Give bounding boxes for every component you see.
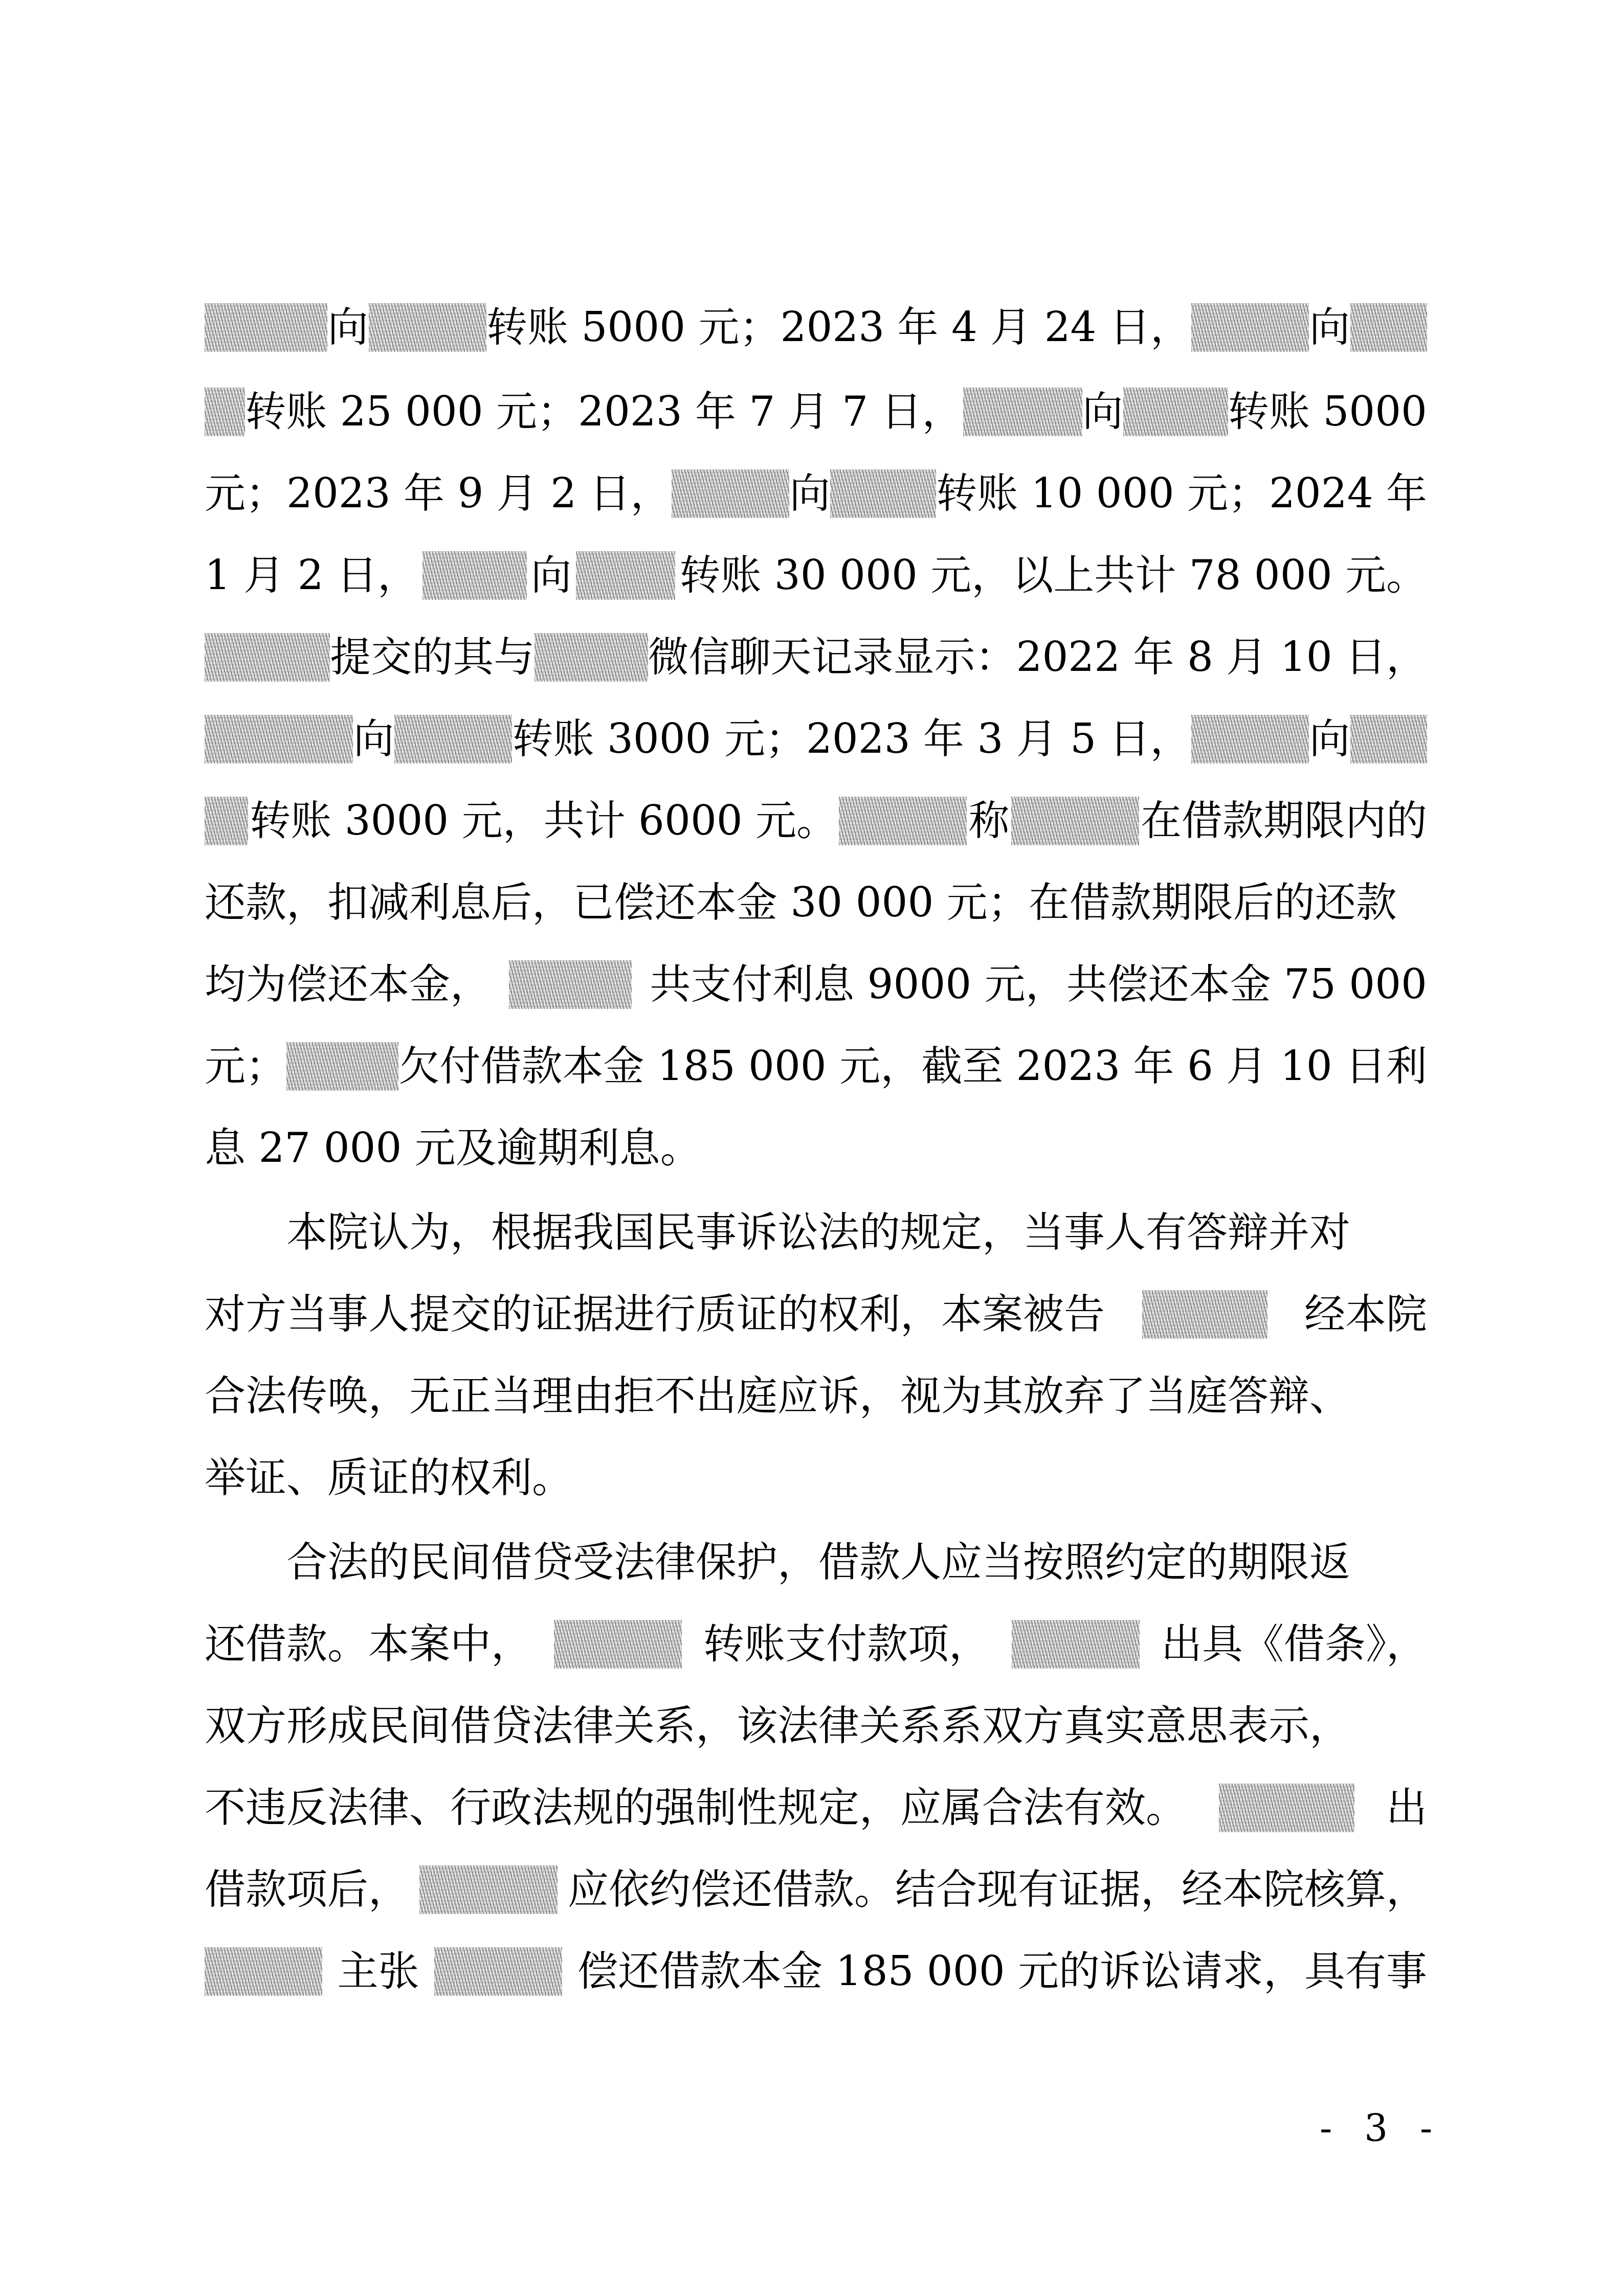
text-line: 息 27 000 元及逾期利息。	[205, 1112, 1427, 1184]
text-segment: 欠付借款本金 185 000 元，截至 2023 年 6 月 10 日利	[398, 1030, 1427, 1102]
redacted-name-block	[205, 388, 245, 436]
text-line: 元；欠付借款本金 185 000 元，截至 2023 年 6 月 10 日利	[205, 1030, 1427, 1102]
text-line: 还款，扣减利息后，已偿还本金 30 000 元；在借款期限后的还款	[205, 867, 1427, 938]
text-segment: 还借款。本案中，	[205, 1608, 532, 1680]
text-segment: 向	[1309, 291, 1350, 363]
redacted-name-block	[205, 797, 248, 845]
text-segment: 向	[1309, 703, 1350, 775]
text-segment: 转账 10 000 元；2024 年	[936, 458, 1427, 529]
text-line: 均为偿还本金，共支付利息 9000 元，共偿还本金 75 000	[205, 949, 1427, 1020]
text-line: 1 月 2 日，向转账 30 000 元，以上共计 78 000 元。	[205, 539, 1427, 611]
redacted-name-block	[509, 960, 632, 1009]
redacted-name-block	[830, 469, 936, 518]
text-segment: 微信聊天记录显示：2022 年 8 月 10 日，	[648, 621, 1427, 693]
text-segment: 向	[1082, 376, 1123, 447]
redacted-name-block	[205, 715, 353, 763]
text-segment: 在借款期限内的	[1141, 785, 1427, 857]
text-line: 转账 3000 元，共计 6000 元。称在借款期限内的	[205, 785, 1427, 857]
text-line: 主张偿还借款本金 185 000 元的诉讼请求，具有事	[205, 1935, 1427, 2007]
text-segment: 本院认为，根据我国民事诉讼法的规定，当事人有答辩并对	[286, 1197, 1350, 1268]
redacted-name-block	[1191, 715, 1309, 763]
text-line: 双方形成民间借贷法律关系，该法律关系系双方真实意思表示，	[205, 1690, 1427, 1762]
redacted-name-block	[369, 303, 486, 352]
redacted-name-block	[1012, 1620, 1140, 1669]
text-segment: 称	[969, 785, 1010, 857]
text-segment: 转账 3000 元；2023 年 3 月 5 日，	[513, 703, 1191, 775]
text-segment: 转账 25 000 元；2023 年 7 月 7 日，	[245, 376, 963, 447]
text-line: 合法传唤，无正当理由拒不出庭应诉，视为其放弃了当庭答辩、	[205, 1360, 1427, 1432]
redacted-name-block	[554, 1620, 682, 1669]
text-line: 向转账 5000 元；2023 年 4 月 24 日，向	[205, 291, 1427, 363]
text-segment: 共支付利息 9000 元，共偿还本金 75 000	[650, 949, 1427, 1020]
text-line: 不违反法律、行政法规的强制性规定，应属合法有效。出	[205, 1772, 1427, 1843]
text-segment: 出	[1386, 1772, 1427, 1843]
text-segment: 双方形成民间借贷法律关系，该法律关系系双方真实意思表示，	[205, 1690, 1350, 1762]
text-line: 借款项后，应依约偿还借款。结合现有证据，经本院核算，	[205, 1854, 1427, 1925]
redacted-name-block	[419, 1865, 558, 1914]
text-segment: 合法传唤，无正当理由拒不出庭应诉，视为其放弃了当庭答辩、	[205, 1360, 1350, 1432]
redacted-name-block	[422, 551, 526, 600]
text-segment: 出具《借条》，	[1161, 1608, 1427, 1680]
text-segment: 提交的其与	[330, 621, 535, 693]
redacted-name-block	[205, 1947, 322, 1996]
redacted-name-block	[434, 1947, 562, 1996]
text-segment: 向	[531, 539, 572, 611]
text-segment: 元；	[205, 1030, 286, 1102]
text-line: 元；2023 年 9 月 2 日，向转账 10 000 元；2024 年	[205, 458, 1427, 529]
redacted-name-block	[1191, 303, 1309, 352]
redacted-name-block	[1123, 388, 1228, 436]
text-segment: 偿还借款本金 185 000 元的诉讼请求，具有事	[577, 1935, 1427, 2007]
redacted-name-block	[839, 797, 967, 845]
redacted-name-block	[1011, 797, 1139, 845]
text-segment: 转账 5000	[1228, 376, 1427, 447]
redacted-name-block	[1350, 303, 1427, 352]
text-segment: 向	[353, 703, 394, 775]
page-number: - 3 -	[1320, 2107, 1442, 2150]
redacted-name-block	[1142, 1290, 1267, 1339]
text-line: 合法的民间借贷受法律保护，借款人应当按照约定的期限返	[205, 1526, 1427, 1598]
text-line: 转账 25 000 元；2023 年 7 月 7 日，向转账 5000	[205, 376, 1427, 447]
text-segment: 向	[789, 458, 830, 529]
text-segment: 主张	[337, 1935, 419, 2007]
text-line: 提交的其与微信聊天记录显示：2022 年 8 月 10 日，	[205, 621, 1427, 693]
text-segment: 对方当事人提交的证据进行质证的权利，本案被告	[205, 1278, 1105, 1350]
text-segment: 向	[327, 291, 368, 363]
text-segment: 元；2023 年 9 月 2 日，	[205, 458, 672, 529]
text-segment: 借款项后，	[205, 1854, 409, 1925]
redacted-name-block	[394, 715, 512, 763]
redacted-name-block	[535, 633, 648, 682]
text-segment: 合法的民间借贷受法律保护，借款人应当按照约定的期限返	[286, 1526, 1350, 1598]
text-segment: 经本院	[1304, 1278, 1427, 1350]
redacted-name-block	[576, 551, 676, 600]
text-line: 对方当事人提交的证据进行质证的权利，本案被告经本院	[205, 1278, 1427, 1350]
text-segment: 均为偿还本金，	[205, 949, 491, 1020]
redacted-name-block	[672, 469, 790, 518]
text-line: 还借款。本案中，转账支付款项，出具《借条》，	[205, 1608, 1427, 1680]
text-line: 举证、质证的权利。	[205, 1442, 1427, 1514]
redacted-name-block	[286, 1042, 398, 1091]
redacted-name-block	[205, 633, 330, 682]
redacted-name-block	[205, 303, 327, 352]
text-segment: 1 月 2 日，	[205, 539, 418, 611]
text-segment: 不违反法律、行政法规的强制性规定，应属合法有效。	[205, 1772, 1187, 1843]
redacted-name-block	[1219, 1784, 1354, 1832]
redacted-name-block	[963, 388, 1082, 436]
text-segment: 转账支付款项，	[703, 1608, 990, 1680]
text-segment: 转账 30 000 元，以上共计 78 000 元。	[679, 539, 1427, 611]
text-segment: 还款，扣减利息后，已偿还本金 30 000 元；在借款期限后的还款	[205, 867, 1397, 938]
text-segment: 举证、质证的权利。	[205, 1442, 573, 1514]
text-line: 向转账 3000 元；2023 年 3 月 5 日，向	[205, 703, 1427, 775]
text-segment: 转账 3000 元，共计 6000 元。	[250, 785, 837, 857]
text-segment: 应依约偿还借款。结合现有证据，经本院核算，	[568, 1854, 1427, 1925]
text-line: 本院认为，根据我国民事诉讼法的规定，当事人有答辩并对	[205, 1197, 1427, 1268]
document-page: 向转账 5000 元；2023 年 4 月 24 日，向转账 25 000 元；…	[0, 0, 1624, 2296]
text-segment: 息 27 000 元及逾期利息。	[205, 1112, 701, 1184]
redacted-name-block	[1350, 715, 1427, 763]
text-segment: 转账 5000 元；2023 年 4 月 24 日，	[486, 291, 1191, 363]
